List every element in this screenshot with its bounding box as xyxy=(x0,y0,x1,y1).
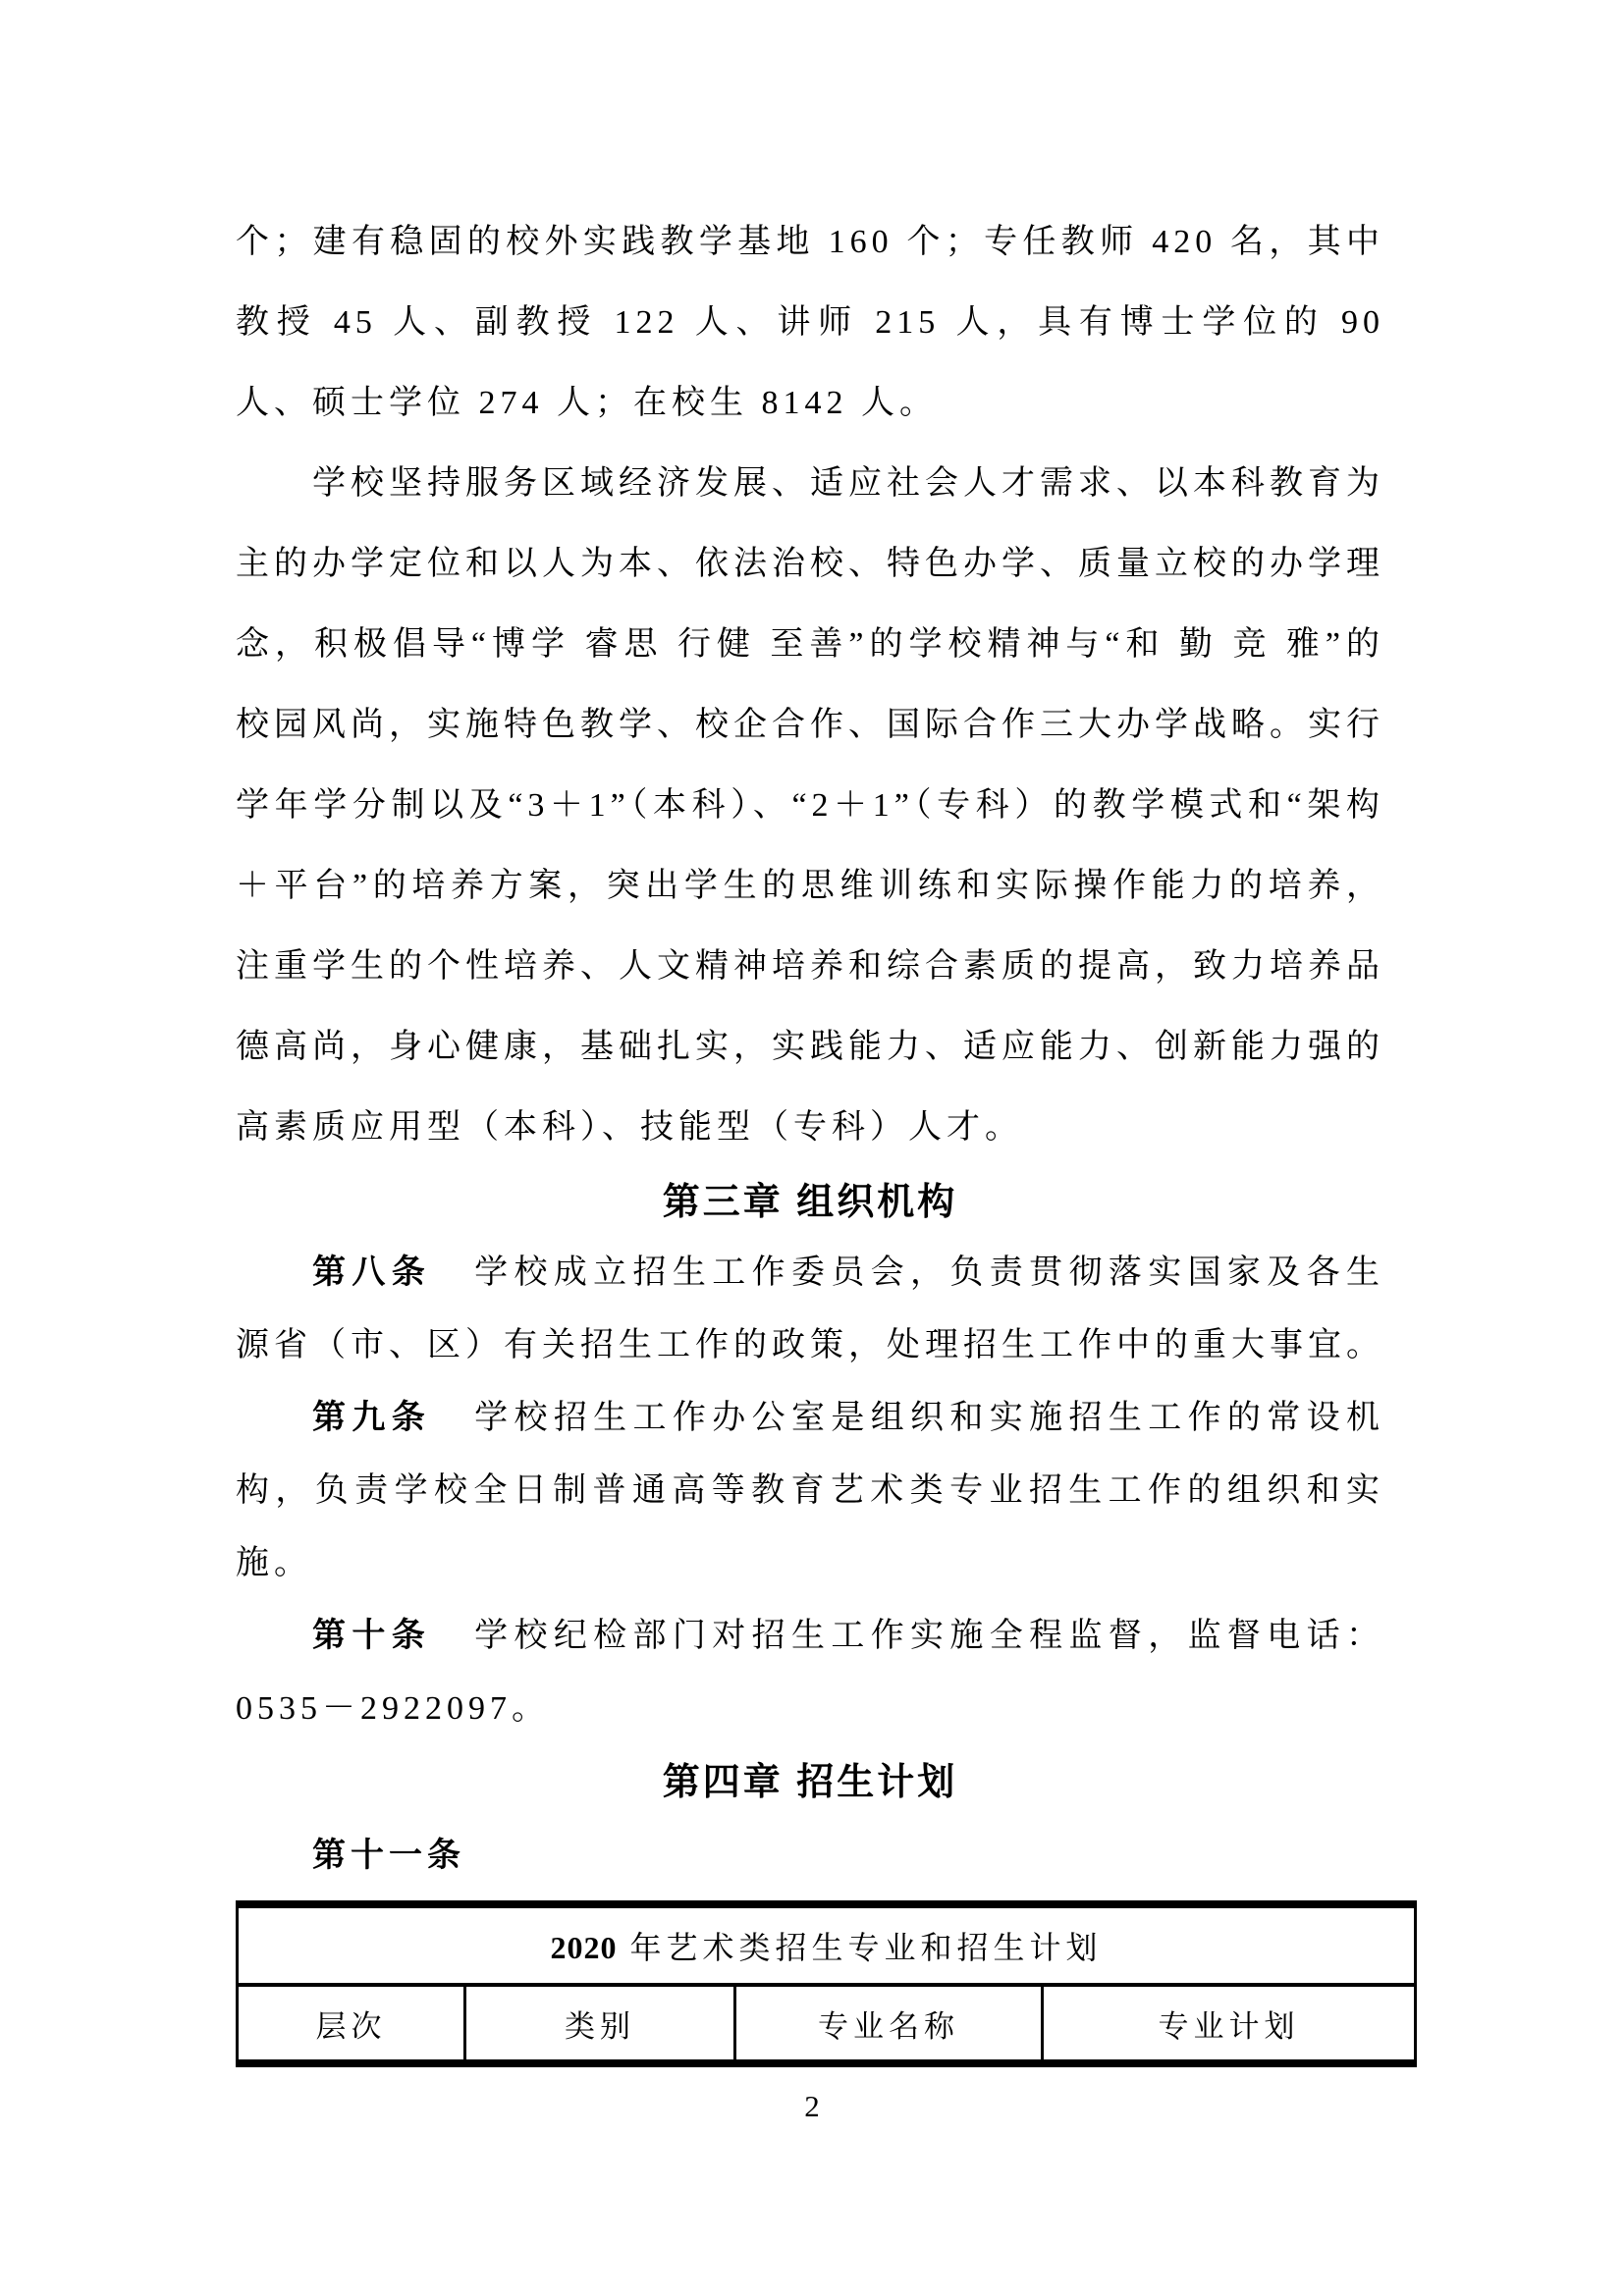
article-9-paragraph: 第九条学校招生工作办公室是组织和实施招生工作的常设机构，负责学校全日制普通高等教… xyxy=(236,1382,1384,1600)
article-11-label: 第十一条 xyxy=(312,1838,465,1874)
article-11-paragraph: 第十一条 xyxy=(236,1820,1384,1893)
article-10-label: 第十条 xyxy=(312,1618,431,1654)
document-page: 个；建有稳固的校外实践教学基地 160 个；专任教师 420 名，其中教授 45… xyxy=(0,0,1624,2296)
chapter-3-heading: 第三章 组织机构 xyxy=(236,1168,1384,1237)
chapter-4-heading: 第四章 招生计划 xyxy=(236,1745,1384,1820)
table-title-cell: 2020 年艺术类招生专业和招生计划 xyxy=(238,1904,1416,1985)
column-header-major-plan: 专业计划 xyxy=(1043,1985,1416,2063)
paragraph-faculty-stats: 个；建有稳固的校外实践教学基地 160 个；专任教师 420 名，其中教授 45… xyxy=(236,202,1384,444)
article-10-paragraph: 第十条学校纪检部门对招生工作实施全程监督，监督电话：0535－2922097。 xyxy=(236,1600,1384,1745)
document-content: 个；建有稳固的校外实践教学基地 160 个；专任教师 420 名，其中教授 45… xyxy=(236,202,1384,2067)
paragraph-school-philosophy: 学校坚持服务区域经济发展、适应社会人才需求、以本科教育为主的办学定位和以人为本、… xyxy=(236,444,1384,1168)
table-title-year: 2020 xyxy=(551,1930,618,1965)
column-header-level: 层次 xyxy=(238,1985,465,2063)
article-9-label: 第九条 xyxy=(312,1400,431,1436)
page-number: 2 xyxy=(0,2087,1624,2126)
article-8-paragraph: 第八条学校成立招生工作委员会，负责贯彻落实国家及各生源省（市、区）有关招生工作的… xyxy=(236,1237,1384,1382)
admission-plan-table: 2020 年艺术类招生专业和招生计划 层次 类别 专业名称 专业计划 xyxy=(236,1900,1417,2067)
table-title-row: 2020 年艺术类招生专业和招生计划 xyxy=(238,1904,1416,1985)
table-header-row: 层次 类别 专业名称 专业计划 xyxy=(238,1985,1416,2063)
column-header-major-name: 专业名称 xyxy=(735,1985,1043,2063)
column-header-category: 类别 xyxy=(465,1985,735,2063)
article-8-label: 第八条 xyxy=(312,1255,431,1291)
table-title-text: 年艺术类招生专业和招生计划 xyxy=(618,1930,1103,1965)
